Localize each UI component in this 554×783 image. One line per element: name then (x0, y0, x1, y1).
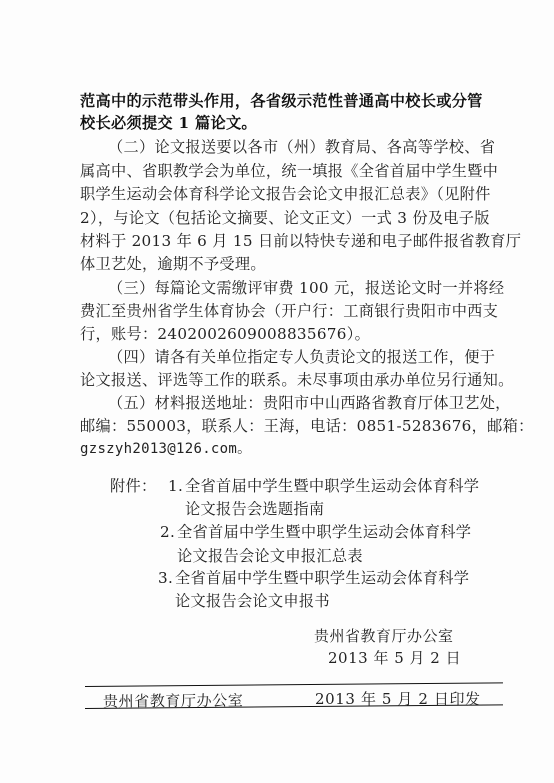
item2-line-2: 属高中、省职教学会为单位，统一填报《全省首届中学生暨中 (80, 160, 500, 182)
item5-line-2: 邮编：550003，联系人：王海，电话：0851-5283676，邮箱： (80, 415, 500, 437)
attachment-3-title-line-1: 全省首届中学生暨中职学生运动会体育科学 (175, 567, 469, 589)
item5-email-line: gzszyh2013@126.com。 (80, 438, 500, 460)
attachment-2-title-line-1: 全省首届中学生暨中职学生运动会体育科学 (177, 521, 471, 543)
attachments-label: 附件： (110, 475, 156, 497)
signature-date: 2013 年 5 月 2 日 (328, 647, 461, 669)
item4-line-1: （四）请各有关单位指定专人负责论文的报送工作，便于 (108, 346, 528, 368)
item2-line-6: 体卫艺处，逾期不予受理。 (80, 253, 500, 275)
attachment-3-number: 3. (158, 567, 173, 589)
attachment-2-number: 2. (160, 521, 175, 543)
intro-line-1: 范高中的示范带头作用，各省级示范性普通高中校长或分管 (80, 90, 500, 112)
attachment-2-title-line-2: 论文报告会论文申报汇总表 (177, 545, 363, 567)
item2-line-1: （二）论文报送要以各市（州）教育局、各高等学校、省 (108, 136, 528, 158)
item3-line-1: （三）每篇论文需缴评审费 100 元，报送论文时一并将经 (108, 277, 528, 299)
item3-line-3: 行，账号：2402002609008835676）。 (80, 323, 500, 345)
item2-line-3: 职学生运动会体育科学论文报告会论文申报汇总表》（见附件 (80, 183, 500, 205)
item5-line-1: （五）材料报送地址：贵阳市中山西路省教育厅体卫艺处， (108, 392, 528, 414)
attachment-3-title-line-2: 论文报告会论文申报书 (175, 590, 330, 612)
item2-line-5: 材料于 2013 年 6 月 15 日前以特快专递和电子邮件报省教育厅 (80, 230, 500, 252)
attachment-1-number: 1. (168, 475, 183, 497)
signature-organization: 贵州省教育厅办公室 (314, 625, 454, 647)
item4-line-2: 论文报送、评选等工作的联系。未尽事项由承办单位另行通知。 (80, 369, 500, 391)
document-page: 范高中的示范带头作用，各省级示范性普通高中校长或分管 校长必须提交 1 篇论文。… (0, 0, 554, 783)
intro-line-2: 校长必须提交 1 篇论文。 (80, 112, 500, 134)
attachment-1-title-line-1: 全省首届中学生暨中职学生运动会体育科学 (185, 475, 479, 497)
item3-line-2: 费汇至贵州省学生体育协会（开户行：工商银行贵阳市中西支 (80, 300, 500, 322)
attachment-1-title-line-2: 论文报告会选题指南 (185, 498, 324, 520)
footer-top-rule (85, 682, 503, 687)
item2-line-4: 2），与论文（包括论文摘要、论文正文）一式 3 份及电子版 (80, 207, 500, 229)
